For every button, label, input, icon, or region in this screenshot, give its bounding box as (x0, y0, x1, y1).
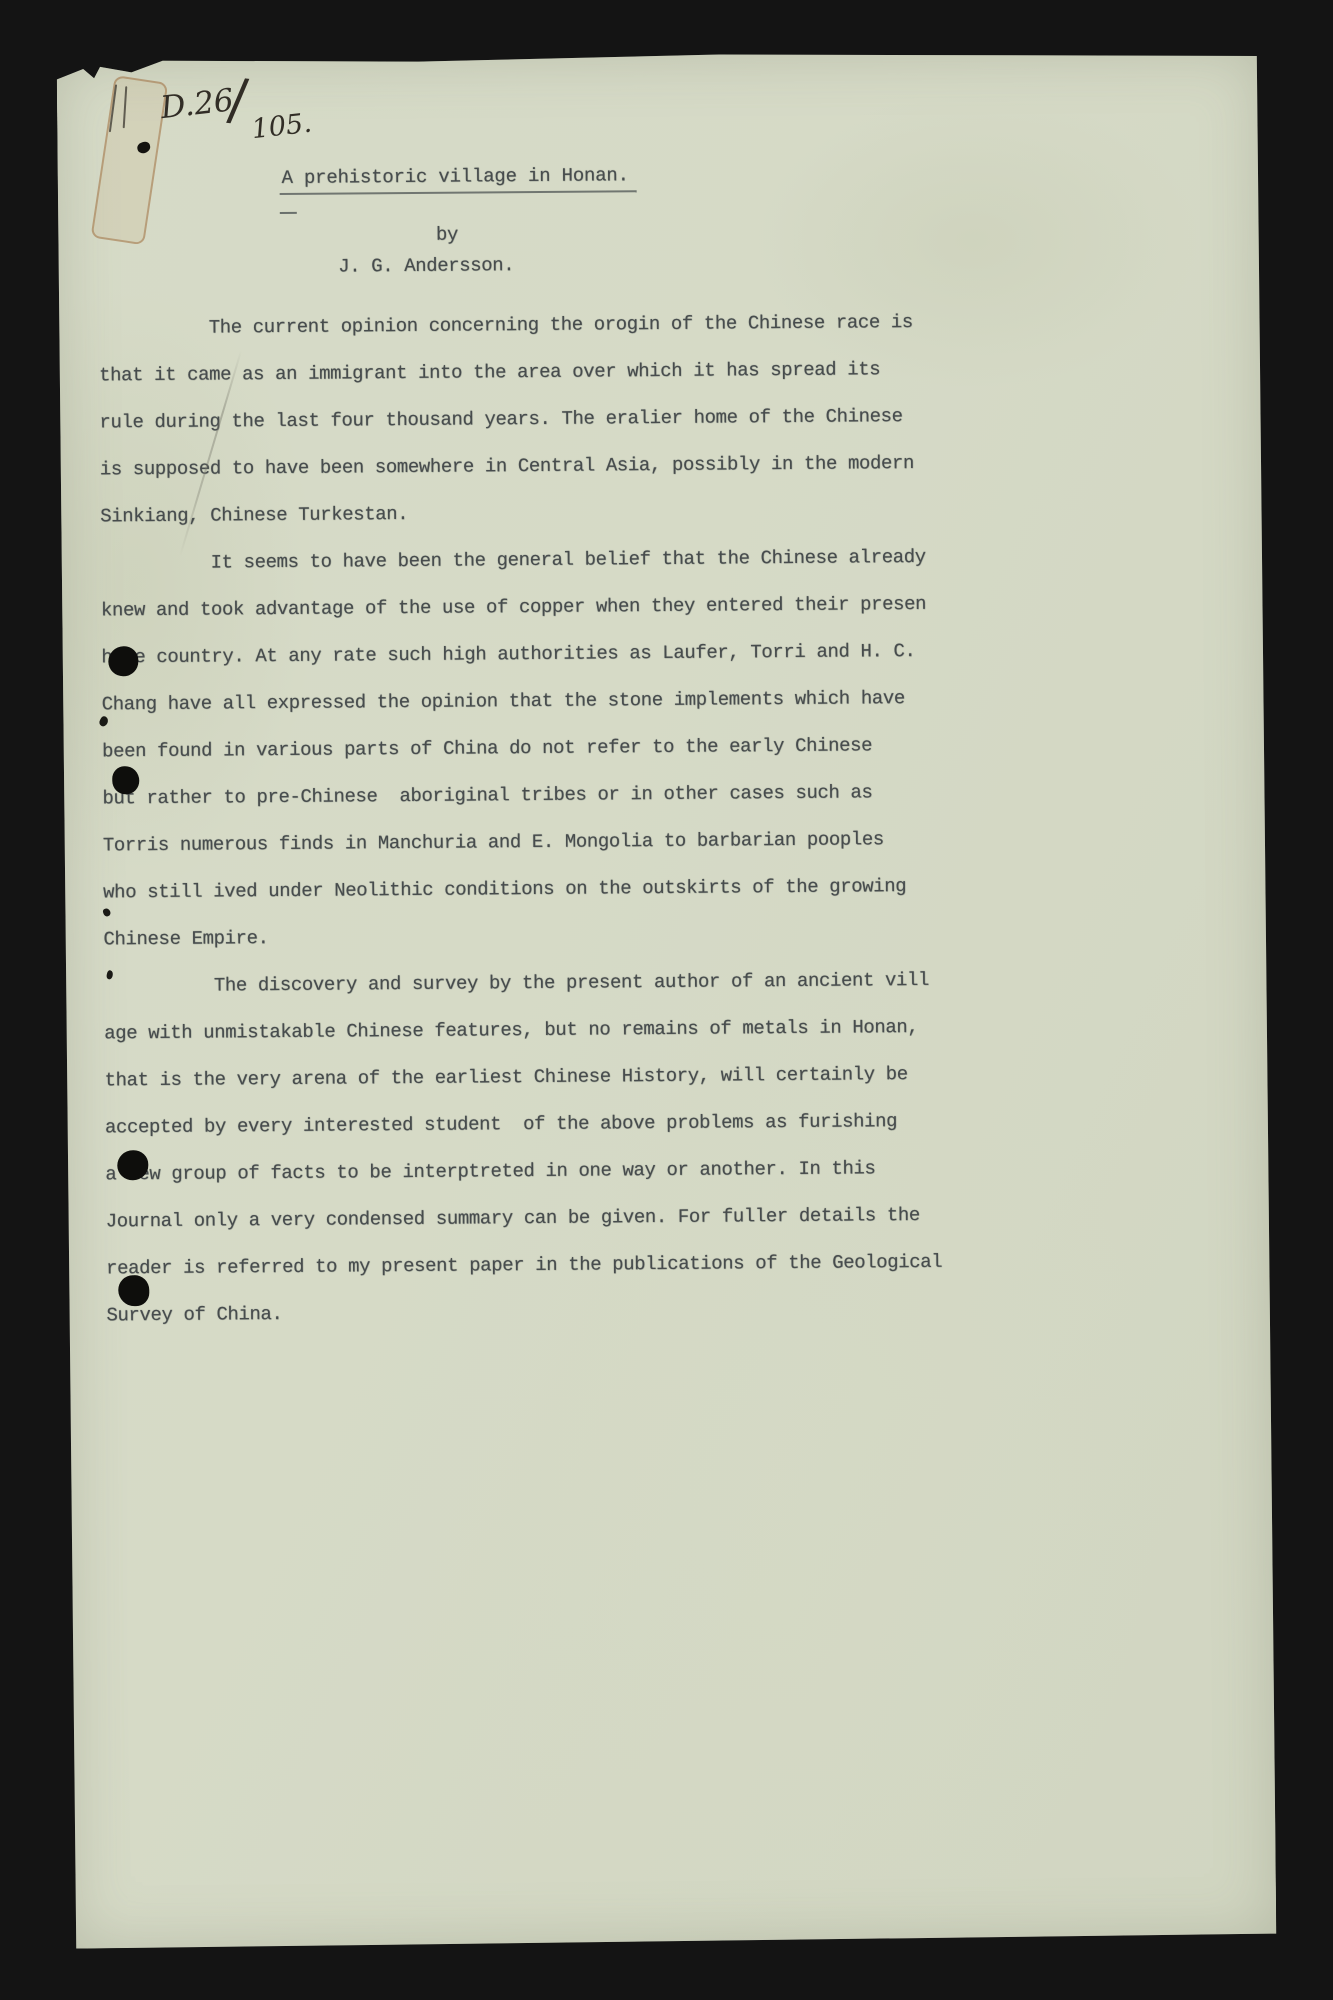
typed-line: age with unmistakable Chinese features, … (104, 1003, 1004, 1057)
typed-line: The discovery and survey by the present … (104, 956, 1004, 1010)
punch-hole (108, 646, 138, 676)
author-name: J. G. Andersson. (338, 251, 514, 280)
typed-line: Chang have all expressed the opinion tha… (101, 674, 1001, 728)
typed-line: is supposed to have been somewhere in Ce… (100, 439, 1000, 493)
typed-line: Journal only a very condensed summary ca… (106, 1191, 1006, 1245)
typed-line: Chinese Empire. (103, 909, 1003, 963)
typed-line: a new group of facts to be interptreted … (105, 1144, 1005, 1198)
typed-line: rule during the last four thousand years… (99, 392, 999, 446)
typed-line: accepted by every interested student of … (105, 1097, 1005, 1151)
paragraph-2: It seems to have been the general belief… (100, 533, 1003, 963)
punch-hole (118, 1275, 149, 1306)
typed-line: that is the very arena of the earliest C… (104, 1050, 1004, 1104)
typed-line: Sinkiang, Chinese Turkestan. (100, 486, 1000, 540)
paragraph-3: The discovery and survey by the present … (104, 956, 1007, 1339)
punch-hole (112, 766, 139, 794)
typed-line: knew and took advantage of the use of co… (101, 580, 1001, 634)
typed-line: It seems to have been the general belief… (100, 533, 1000, 587)
scan-background: { "annotation": { "top": "D.26", "slash"… (0, 0, 1333, 2000)
punch-hole (117, 1150, 148, 1180)
archival-number-bottom: 105. (250, 108, 313, 146)
archival-number-top: D.26 (159, 82, 236, 126)
archival-number-slash: / (225, 67, 250, 134)
archival-number-handwritten: D.26 / 105. (153, 70, 332, 179)
typed-line: Torris numerous finds in Manchuria and E… (103, 815, 1003, 869)
document-title: A prehistoric village in Honan. (279, 164, 636, 195)
typed-line: but rather to pre-Chinese aboriginal tri… (102, 768, 1002, 822)
typed-line: home country. At any rate such high auth… (101, 627, 1001, 681)
typed-line: who still ived under Neolithic condition… (103, 862, 1003, 916)
typed-line: Survey of China. (106, 1285, 1006, 1339)
typed-line: reader is referred to my present paper i… (106, 1238, 1006, 1292)
typed-line: The current opinion concerning the orogi… (99, 298, 999, 352)
typed-line: been found in various parts of China do … (102, 721, 1002, 775)
document-body: The current opinion concerning the orogi… (99, 298, 1007, 1339)
paragraph-1: The current opinion concerning the orogi… (99, 298, 1001, 540)
byline: by (436, 221, 458, 249)
title-dash (280, 212, 297, 214)
document-page: D.26 / 105. A prehistoric village in Hon… (57, 49, 1277, 1948)
